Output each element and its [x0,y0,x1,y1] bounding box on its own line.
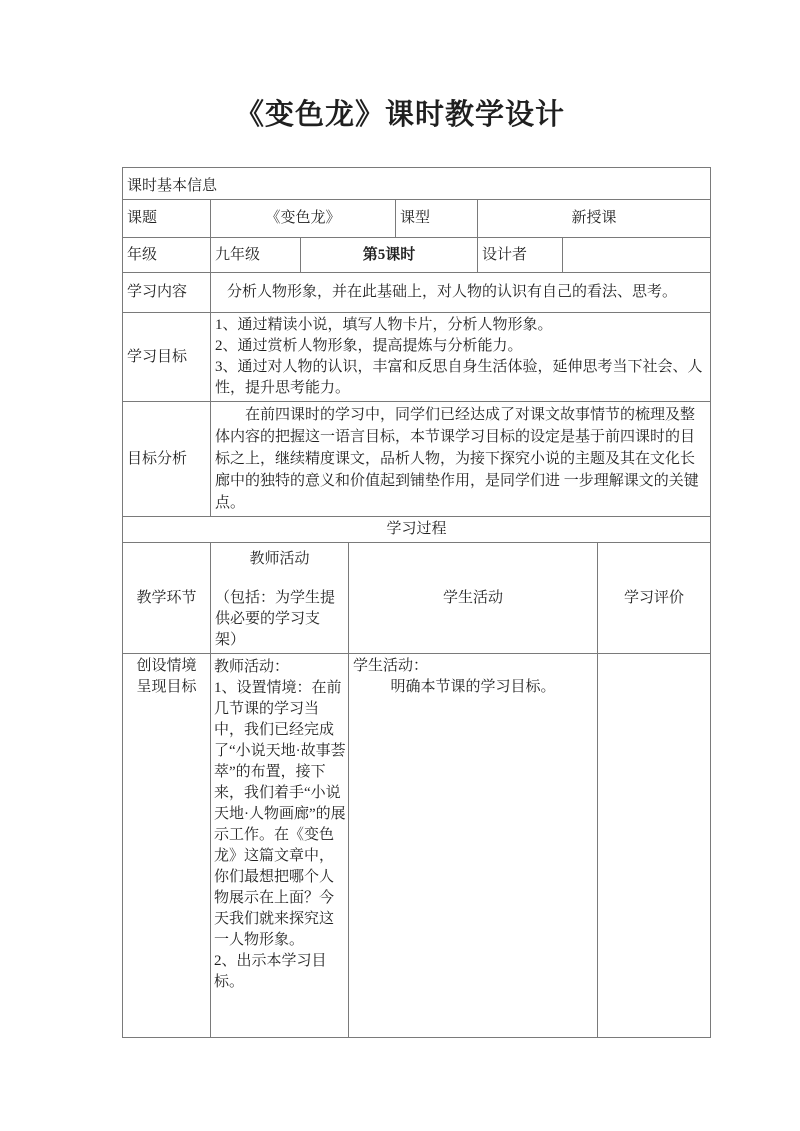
page-title: 《变色龙》课时教学设计 [0,92,800,133]
lesson-design-table: 课时基本信息 课题 《变色龙》 课型 新授课 年级 九年级 第5课时 设计者 学… [122,167,711,1038]
goal-analysis-label-cell: 目标分析 [123,402,211,517]
teacher-activity-cell: 教师活动： 1、设置情境：在前几节课的学习当中，我们已经完成了“小说天地·故事荟… [211,654,349,1038]
teacher-activity-header-note: （包括：为学生提供必要的学习支 架） [215,588,344,651]
stage-name-cell: 创设情境 呈现目标 [123,654,211,1038]
course-type-label-cell: 课型 [396,200,478,238]
stage-column-header-cell: 教学环节 [123,543,211,654]
student-activity-cell: 学生活动： 明确本节课的学习目标。 [349,654,598,1038]
subject-label-cell: 课题 [123,200,211,238]
teacher-activity-header-title: 教师活动 [215,549,344,570]
period-value-cell: 第5课时 [301,238,478,273]
course-type-value-cell: 新授课 [478,200,711,238]
goal-analysis-value: 在前四课时的学习中，同学们已经达成了对课文故事情节的梳理及整体内容的把握这一语言… [215,404,706,514]
grade-value-cell: 九年级 [211,238,301,273]
student-activity-title: 学生活动： [353,656,593,677]
learning-goals-label-cell: 学习目标 [123,313,211,402]
designer-value-cell [563,238,711,273]
student-activity-text: 明确本节课的学习目标。 [353,677,593,698]
learning-content-label-cell: 学习内容 [123,273,211,313]
basic-info-header-cell: 课时基本信息 [123,168,711,200]
teacher-column-header-cell: 教师活动 （包括：为学生提供必要的学习支 架） [211,543,349,654]
evaluation-column-header-cell: 学习评价 [598,543,711,654]
document-page: 《变色龙》课时教学设计 课时基本信息 课题 《变色龙》 课型 新授课 年级 九年… [0,0,800,1131]
grade-label-cell: 年级 [123,238,211,273]
student-column-header-cell: 学生活动 [349,543,598,654]
designer-label-cell: 设计者 [478,238,563,273]
learning-content-value-cell: 分析人物形象，并在此基础上，对人物的认识有自己的看法、思考。 [211,273,711,313]
evaluation-cell [598,654,711,1038]
learning-goals-value-cell: 1、通过精读小说，填写人物卡片，分析人物形象。 2、通过赏析人物形象，提高提炼与… [211,313,711,402]
process-header-cell: 学习过程 [123,517,711,543]
subject-value-cell: 《变色龙》 [211,200,396,238]
